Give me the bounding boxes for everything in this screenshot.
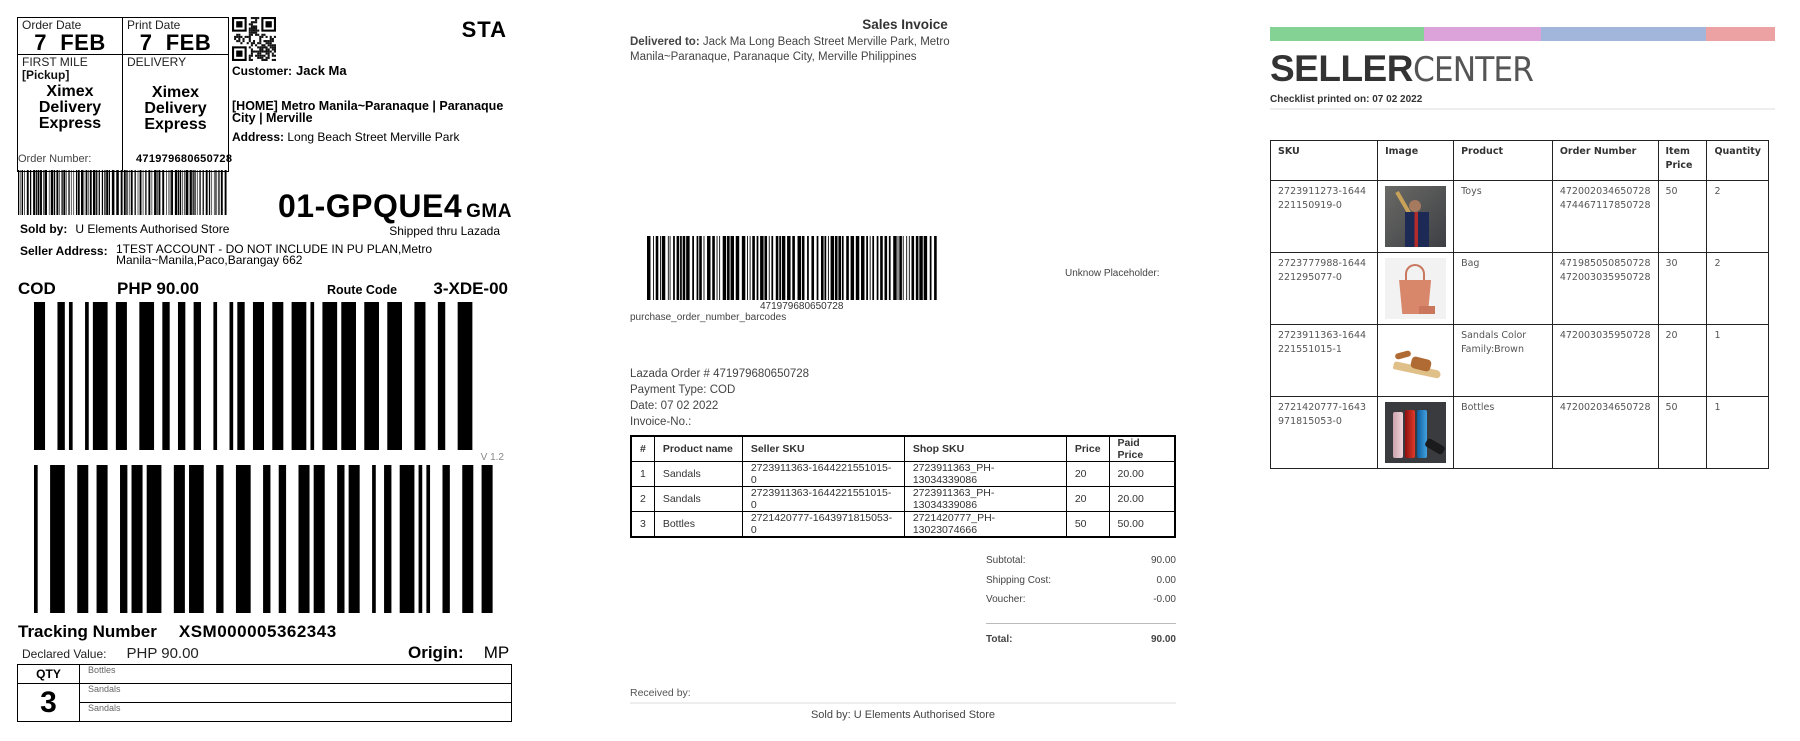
quantity-cell: 2 xyxy=(1707,181,1769,253)
order-number: 471979680650728 xyxy=(136,153,232,165)
item-name: Sandals xyxy=(80,703,512,722)
color-segment xyxy=(1424,27,1541,41)
date-carrier-grid: Order Date 7 FEB Print Date 7 FEB FIRST … xyxy=(17,17,229,172)
shipping-label: Order Date 7 FEB Print Date 7 FEB FIRST … xyxy=(0,0,520,741)
printed-on-label: Checklist printed on: xyxy=(1270,94,1369,105)
col-seller-sku: Seller SKU xyxy=(742,436,904,462)
shipping-row: Shipping Cost:0.00 xyxy=(986,575,1176,595)
origin-value: MP xyxy=(484,643,510,662)
order-number-cell: 472003035950728 xyxy=(1552,325,1658,397)
payment-method: COD xyxy=(18,279,56,299)
route-code-label: Route Code xyxy=(327,283,397,297)
col-quantity: Quantity xyxy=(1707,141,1769,181)
total-row: Total:90.00 xyxy=(986,634,1176,654)
col-price: Price xyxy=(1066,436,1109,462)
order-number-cell: 472002034650728 xyxy=(1552,397,1658,469)
seller-center-logo: SELLERCENTER xyxy=(1270,48,1544,90)
voucher-label: Voucher: xyxy=(986,594,1025,614)
invoice-cell: Sandals xyxy=(654,462,742,487)
invoice-number: Invoice-No.: xyxy=(630,414,809,430)
payment-type: Payment Type: COD xyxy=(630,382,809,398)
col-order-number: Order Number xyxy=(1552,141,1658,181)
item-price-cell: 30 xyxy=(1658,253,1707,325)
brand-color-bar xyxy=(1270,27,1775,41)
print-date: 7 FEB xyxy=(127,32,224,54)
qr-code xyxy=(232,17,276,61)
invoice-cell: 20.00 xyxy=(1109,462,1175,487)
sales-invoice: Sales Invoice Delivered to: Jack Ma Long… xyxy=(630,0,1180,741)
delivered-to-label: Delivered to: xyxy=(630,36,700,48)
printed-on-date: 07 02 2022 xyxy=(1372,94,1422,105)
total-label: Total: xyxy=(986,634,1012,654)
order-number: 472002034650728 xyxy=(1560,401,1651,415)
col-image: Image xyxy=(1378,141,1454,181)
address-value: Long Beach Street Merville Park xyxy=(287,130,459,144)
header-divider xyxy=(1270,108,1775,110)
tracking: Tracking NumberXSM000005362343 xyxy=(18,622,337,642)
barcode-caption: purchase_order_number_barcodes xyxy=(630,312,786,323)
first-mile-carrier: Ximex Delivery Express xyxy=(22,84,118,132)
item-price-cell: 20 xyxy=(1658,325,1707,397)
item-qty-table: QTY Bottles 3 Sandals Sandals xyxy=(17,664,512,722)
quantity-cell: 1 xyxy=(1707,397,1769,469)
invoice-summary: Subtotal:90.00 Shipping Cost:0.00 Vouche… xyxy=(986,555,1176,653)
subtotal-label: Subtotal: xyxy=(986,555,1025,575)
bottles-image xyxy=(1385,402,1446,463)
order-number-cell: 471985050850728472003035950728 xyxy=(1552,253,1658,325)
barcode-number: 471979680650728 xyxy=(760,301,843,312)
delivery-caption: DELIVERY xyxy=(127,56,224,69)
color-segment xyxy=(1541,27,1706,41)
image-cell xyxy=(1378,397,1454,469)
sandal-image xyxy=(1385,330,1446,391)
first-mile-sub: [Pickup] xyxy=(22,69,118,82)
qty-header: QTY xyxy=(18,665,80,684)
declared-amount: PHP 90.00 xyxy=(127,645,199,662)
invoice-cell: 3 xyxy=(631,512,654,538)
image-cell xyxy=(1378,325,1454,397)
shipping-value: 0.00 xyxy=(1157,575,1176,595)
item-price-cell: 50 xyxy=(1658,181,1707,253)
order-number: 472002034650728 xyxy=(1560,185,1651,199)
invoice-cell: 50 xyxy=(1066,512,1109,538)
invoice-cell: 2 xyxy=(631,487,654,512)
invoice-items-table: # Product name Seller SKU Shop SKU Price… xyxy=(630,435,1176,538)
col-paid-price: Paid Price xyxy=(1109,436,1175,462)
route-code: 3-XDE-00 xyxy=(433,279,508,299)
seller-address-value: 1TEST ACCOUNT - DO NOT INCLUDE IN PU PLA… xyxy=(116,244,436,266)
voucher-value: -0.00 xyxy=(1153,594,1176,614)
sort-code: STA xyxy=(462,17,507,43)
order-date-cell: Order Date 7 FEB xyxy=(18,18,123,55)
origin: Origin:MP xyxy=(408,643,509,663)
order-number-cell: 472002034650728474467117850728 xyxy=(1552,181,1658,253)
invoice-row: 3Bottles2721420777-1643971815053-0272142… xyxy=(631,512,1175,538)
footer-divider xyxy=(630,702,1176,704)
logo-light: CENTER xyxy=(1413,50,1533,90)
origin-label: Origin: xyxy=(408,643,464,662)
invoice-cell: 2723911363-1644221551015-0 xyxy=(742,487,904,512)
order-barcode xyxy=(18,170,228,215)
checklist-row: 2721420777-1643971815053-0Bottles4720020… xyxy=(1271,397,1769,469)
quantity-cell: 1 xyxy=(1707,325,1769,397)
sku-cell: 2723911273-1644221150919-0 xyxy=(1271,181,1378,253)
product-cell: Bottles xyxy=(1454,397,1553,469)
invoice-cell: 1 xyxy=(631,462,654,487)
product-cell: Bag xyxy=(1454,253,1553,325)
logo-bold: SELLER xyxy=(1270,48,1413,89)
color-segment xyxy=(1706,27,1775,41)
invoice-meta: Lazada Order # 471979680650728 Payment T… xyxy=(630,366,809,430)
route-region: GMA xyxy=(466,201,512,222)
unknown-placeholder: Unknow Placeholder: xyxy=(1065,268,1160,279)
voucher-row: Voucher:-0.00 xyxy=(986,594,1176,614)
lazada-order: Lazada Order # 471979680650728 xyxy=(630,366,809,382)
address-label: Address: xyxy=(232,130,284,144)
item-name: Sandals xyxy=(80,684,512,703)
route-sort-code: 01-GPQUE4 xyxy=(278,188,462,224)
checklist-row: 2723911273-1644221150919-0Toys4720020346… xyxy=(1271,181,1769,253)
col-item-price: Item Price xyxy=(1658,141,1707,181)
seller-address: Seller Address: 1TEST ACCOUNT - DO NOT I… xyxy=(20,244,436,266)
invoice-cell: 2723911363_PH-13034339086 xyxy=(904,462,1066,487)
tracking-label: Tracking Number xyxy=(18,622,157,641)
shipping-label: Shipping Cost: xyxy=(986,575,1051,595)
shipped-thru: Shipped thru Lazada xyxy=(389,224,500,238)
order-number: 474467117850728 xyxy=(1560,199,1651,213)
col-shop-sku: Shop SKU xyxy=(904,436,1066,462)
quantity-cell: 2 xyxy=(1707,253,1769,325)
col-number: # xyxy=(631,436,654,462)
delivered-to: Delivered to: Jack Ma Long Beach Street … xyxy=(630,35,1050,65)
route-barcode xyxy=(34,302,494,450)
printed-on: Checklist printed on: 07 02 2022 xyxy=(1270,94,1422,105)
sold-by-label: Sold by: xyxy=(20,222,67,236)
invoice-cell: 2723911363_PH-13034339086 xyxy=(904,487,1066,512)
version-label: V 1.2 xyxy=(481,452,504,463)
received-by: Received by: xyxy=(630,687,691,699)
cod-amount: PHP 90.00 xyxy=(117,279,199,299)
customer: Customer:Jack Ma xyxy=(232,63,347,78)
summary-divider xyxy=(986,623,1176,624)
sold-by: Sold by:U Elements Authorised Store xyxy=(20,222,229,236)
seller-center-checklist: SELLERCENTER Checklist printed on: 07 02… xyxy=(1270,0,1800,741)
col-product: Product xyxy=(1454,141,1553,181)
bag-image xyxy=(1385,258,1446,319)
product-cell: Sandals Color Family:Brown xyxy=(1454,325,1553,397)
image-cell xyxy=(1378,181,1454,253)
invoice-cell: 20.00 xyxy=(1109,487,1175,512)
col-product-name: Product name xyxy=(654,436,742,462)
invoice-sold-by: Sold by: U Elements Authorised Store xyxy=(630,709,1176,721)
invoice-cell: Bottles xyxy=(654,512,742,538)
item-name: Bottles xyxy=(80,665,512,684)
invoice-row: 1Sandals2723911363-1644221551015-0272391… xyxy=(631,462,1175,487)
col-sku: SKU xyxy=(1271,141,1378,181)
invoice-row: 2Sandals2723911363-1644221551015-0272391… xyxy=(631,487,1175,512)
sku-cell: 2723777988-1644221295077-0 xyxy=(1271,253,1378,325)
invoice-cell: 20 xyxy=(1066,462,1109,487)
image-cell xyxy=(1378,253,1454,325)
subtotal-value: 90.00 xyxy=(1151,555,1176,575)
sku-cell: 2721420777-1643971815053-0 xyxy=(1271,397,1378,469)
total-value: 90.00 xyxy=(1151,634,1176,654)
route-sort: 01-GPQUE4GMA xyxy=(278,188,512,225)
invoice-cell: 50.00 xyxy=(1109,512,1175,538)
sku-cell: 2723911363-1644221551015-1 xyxy=(1271,325,1378,397)
toy-figure-image xyxy=(1385,186,1446,247)
customer-label: Customer: xyxy=(232,64,292,78)
invoice-cell: 2721420777-1643971815053-0 xyxy=(742,512,904,538)
print-date-cell: Print Date 7 FEB xyxy=(123,18,228,55)
color-segment xyxy=(1270,27,1424,41)
invoice-title: Sales Invoice xyxy=(630,17,1180,32)
order-number: 471985050850728 xyxy=(1560,257,1651,271)
home-address: [HOME] Metro Manila~Paranaque | Paranaqu… xyxy=(232,100,512,124)
customer-name: Jack Ma xyxy=(296,63,347,78)
sold-by-value: U Elements Authorised Store xyxy=(75,222,229,236)
order-number: 472003035950728 xyxy=(1560,329,1651,343)
invoice-cell: Sandals xyxy=(654,487,742,512)
invoice-date: Date: 07 02 2022 xyxy=(630,398,809,414)
checklist-table: SKU Image Product Order Number Item Pric… xyxy=(1270,140,1769,469)
purchase-order-barcode xyxy=(647,236,937,300)
declared-label: Declared Value: xyxy=(22,647,107,661)
order-date: 7 FEB xyxy=(22,32,118,54)
product-cell: Toys xyxy=(1454,181,1553,253)
tracking-number: XSM000005362343 xyxy=(179,622,337,641)
order-number-label: Order Number: xyxy=(18,153,91,165)
delivery-carrier: Ximex Delivery Express xyxy=(127,85,224,133)
checklist-row: 2723777988-1644221295077-0Bag47198505085… xyxy=(1271,253,1769,325)
seller-address-label: Seller Address: xyxy=(20,244,116,266)
subtotal-row: Subtotal:90.00 xyxy=(986,555,1176,575)
checklist-row: 2723911363-1644221551015-1Sandals Color … xyxy=(1271,325,1769,397)
address: Address: Long Beach Street Merville Park xyxy=(232,130,459,144)
qty-value: 3 xyxy=(18,684,80,722)
invoice-cell: 20 xyxy=(1066,487,1109,512)
declared-value: Declared Value:PHP 90.00 xyxy=(22,645,199,662)
invoice-cell: 2723911363-1644221551015-0 xyxy=(742,462,904,487)
invoice-cell: 2721420777_PH-13023074666 xyxy=(904,512,1066,538)
order-number: 472003035950728 xyxy=(1560,271,1651,285)
item-price-cell: 50 xyxy=(1658,397,1707,469)
tracking-barcode xyxy=(34,465,494,613)
